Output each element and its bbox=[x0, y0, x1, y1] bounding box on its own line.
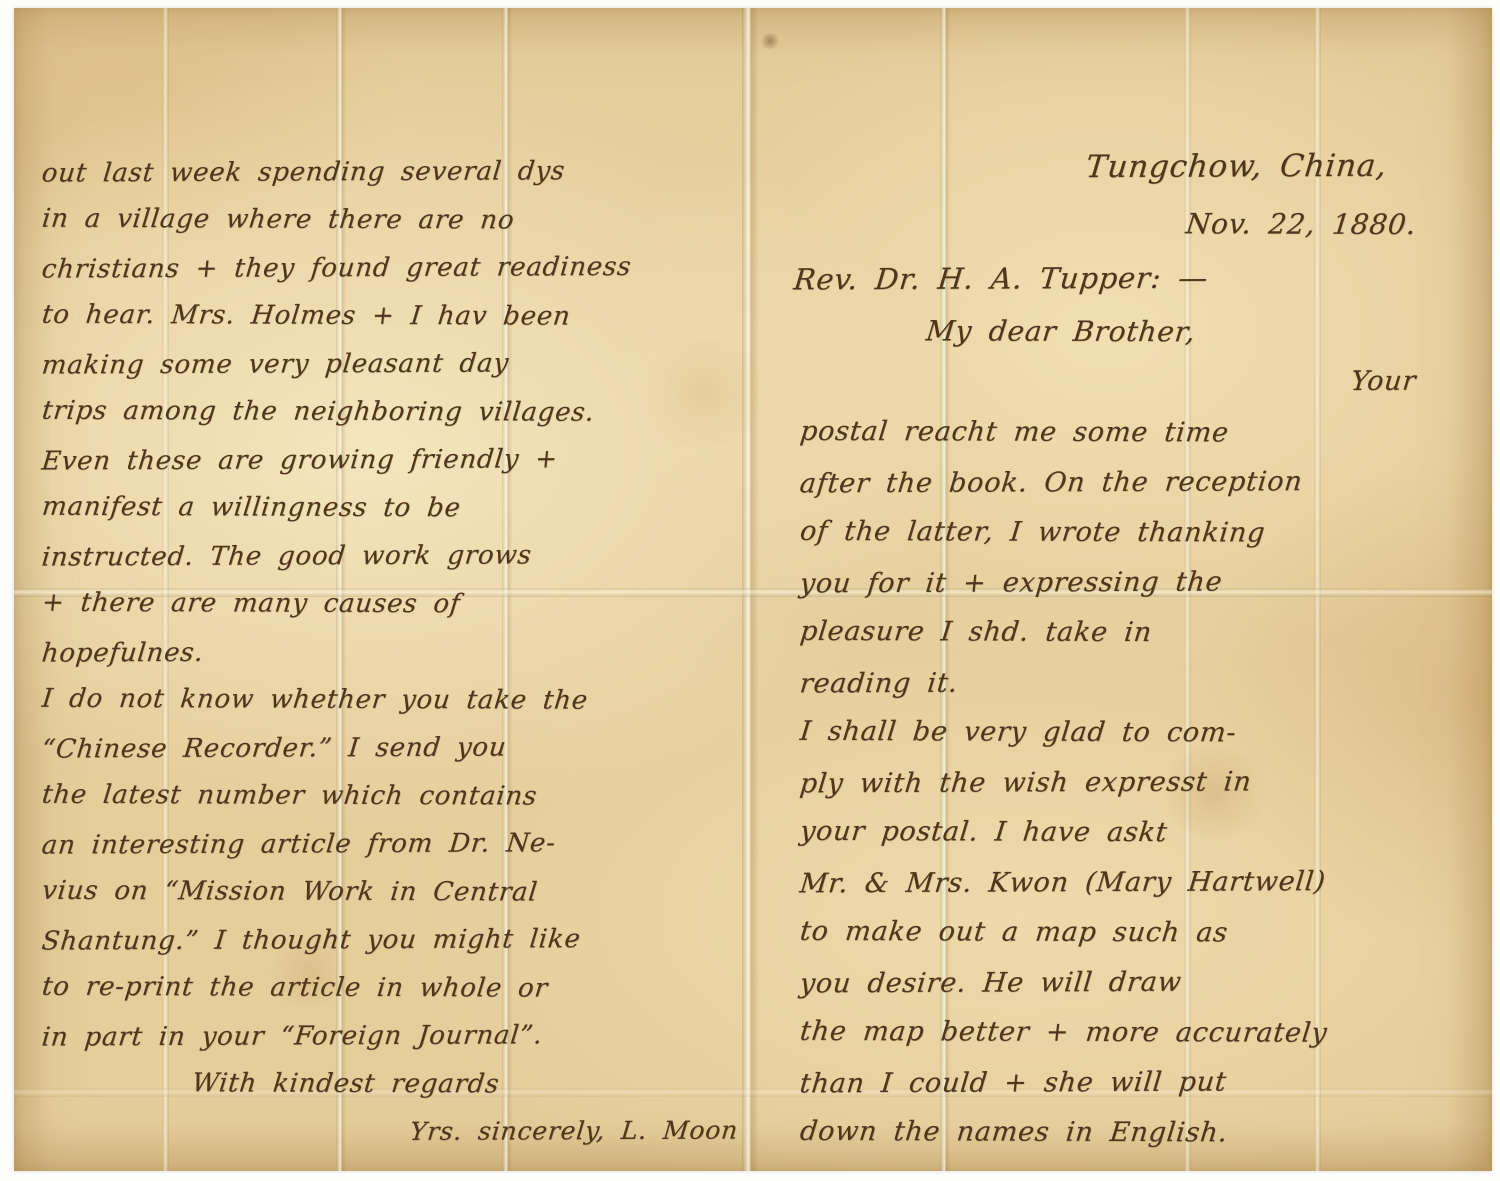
letter-line: you desire. He will draw bbox=[753, 956, 1488, 1009]
letter-line: ply with the wish expresst in bbox=[753, 756, 1488, 809]
salutation-line: Rev. Dr. H. A. Tupper: — bbox=[753, 248, 1489, 307]
letter-line: in a village where there are no bbox=[40, 195, 745, 245]
letter-line: I do not know whether you take the bbox=[40, 675, 745, 725]
letter-line: to re-print the article in whole or bbox=[40, 963, 745, 1013]
letter-line: reading it. bbox=[753, 656, 1488, 709]
letter-line: Even these are growing friendly + bbox=[39, 434, 744, 485]
letter-line: of the latter, I wrote thanking bbox=[753, 507, 1488, 560]
date-line: Nov. 22, 1880. bbox=[753, 197, 1488, 252]
letter-line: pleasure I shd. take in bbox=[753, 607, 1488, 660]
letter-line: hopefulnes. bbox=[39, 626, 744, 677]
letter-line: the latest number which contains bbox=[40, 771, 745, 821]
letter-scan: out last week spending several dys in a … bbox=[0, 0, 1500, 1181]
letter-line: vius on “Mission Work in Central bbox=[40, 867, 745, 917]
letter-line: “Chinese Recorder.” I send you bbox=[39, 722, 744, 773]
greeting-line: My dear Brother, bbox=[753, 305, 1488, 360]
letter-line: you for it + expressing the bbox=[753, 556, 1488, 609]
letter-line: your postal. I have askt bbox=[753, 807, 1488, 860]
letter-line: than I could + she will put bbox=[753, 1056, 1488, 1109]
letter-line: to hear. Mrs. Holmes + I hav been bbox=[40, 291, 745, 341]
letter-line: the map better + more accurately bbox=[753, 1007, 1488, 1060]
letter-line: an interesting article from Dr. Ne- bbox=[39, 818, 744, 869]
letter-line: trips among the neighboring villages. bbox=[40, 387, 745, 437]
letter-line: after the book. On the reception bbox=[753, 456, 1488, 509]
letter-line: postal reacht me some time bbox=[753, 407, 1488, 460]
paper-sheet: out last week spending several dys in a … bbox=[14, 8, 1492, 1171]
signature-line: Yrs. sincerely, L. Moon bbox=[39, 1106, 744, 1157]
ink-speck bbox=[759, 33, 781, 49]
letter-line: manifest a willingness to be bbox=[40, 483, 745, 533]
page-left: out last week spending several dys in a … bbox=[42, 148, 742, 1156]
page-right: Tungchow, China, Nov. 22, 1880. Rev. Dr.… bbox=[756, 136, 1486, 1158]
opening-word: Your bbox=[753, 356, 1488, 409]
letter-line: to make out a map such as bbox=[753, 907, 1488, 960]
place-line: Tungchow, China, bbox=[753, 134, 1490, 199]
letter-line: Mr. & Mrs. Kwon (Mary Hartwell) bbox=[753, 856, 1488, 909]
letter-line: in part in your “Foreign Journal”. bbox=[39, 1010, 744, 1061]
letter-line: out last week spending several dys bbox=[39, 146, 744, 197]
letter-line: christians + they found great readiness bbox=[39, 242, 744, 293]
letter-line: instructed. The good work grows bbox=[39, 530, 744, 581]
closing-line: With kindest regards bbox=[40, 1059, 745, 1109]
letter-line: I shall be very glad to com- bbox=[753, 707, 1488, 760]
letter-line: making some very pleasant day bbox=[39, 338, 744, 389]
letter-line: Shantung.” I thought you might like bbox=[39, 914, 744, 965]
letter-line: down the names in English. bbox=[753, 1107, 1488, 1160]
letter-line: + there are many causes of bbox=[40, 579, 745, 629]
